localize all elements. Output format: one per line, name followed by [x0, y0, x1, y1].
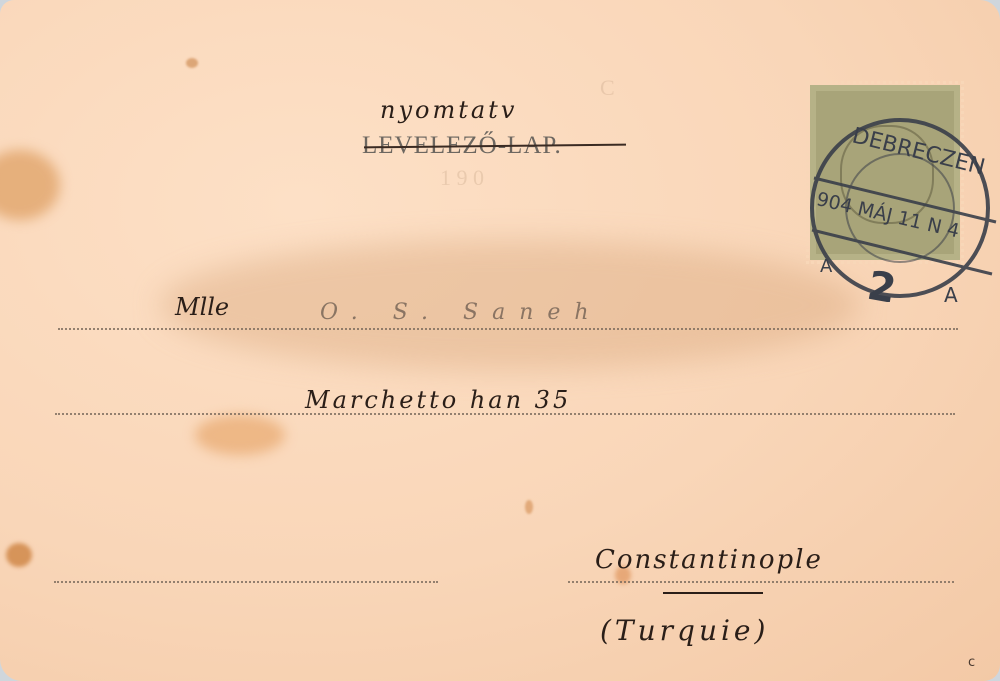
corner-mark: c	[968, 655, 975, 670]
address-line-3	[54, 581, 438, 583]
svg-text:2: 2	[864, 263, 899, 302]
handwritten-header: nyomtatv	[380, 96, 517, 124]
bleed-through-print: 1 9 0	[440, 165, 484, 191]
svg-text:A: A	[944, 283, 958, 302]
street-address: Marchetto han 35	[305, 386, 571, 414]
recipient-prefix: Mlle	[175, 293, 229, 321]
address-line-3-right	[568, 581, 954, 583]
address-line-2	[55, 413, 955, 415]
underline-mark	[663, 592, 763, 594]
city: Constantinople	[595, 545, 823, 575]
water-stain	[0, 150, 60, 220]
water-stain	[525, 500, 533, 514]
svg-text:A: A	[820, 256, 833, 277]
postcard-back: C 1 9 0 nyomtatv LEVELEZŐ-LAP. Mlle O. S…	[0, 0, 1000, 681]
svg-text:DEBRECZEN: DEBRECZEN	[850, 123, 988, 180]
postmark-cancel-icon: DEBRECZEN 904 MÁJ 11 N 4 2 A A	[808, 112, 998, 302]
country: (Turquie)	[600, 614, 769, 647]
water-stain	[6, 543, 32, 567]
recipient-name: O. S. Saneh	[320, 300, 603, 325]
water-stain	[195, 415, 285, 455]
water-stain	[186, 58, 198, 68]
address-line-1	[58, 328, 958, 330]
bleed-through-print: C	[600, 75, 615, 101]
